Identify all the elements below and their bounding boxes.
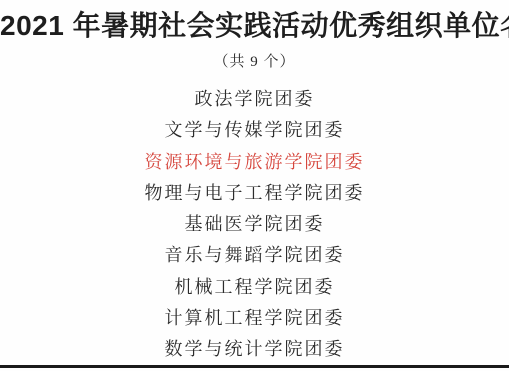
page-title: 2021 年暑期社会实践活动优秀组织单位名单 [0, 7, 509, 45]
list-item: 计算机工程学院团委 [0, 303, 509, 334]
unit-list: 政法学院团委 文学与传媒学院团委 资源环境与旅游学院团委 物理与电子工程学院团委… [0, 84, 509, 366]
list-item: 机械工程学院团委 [0, 272, 509, 303]
list-item: 物理与电子工程学院团委 [0, 178, 509, 209]
list-item: 基础医学院团委 [0, 209, 509, 240]
list-item: 文学与传媒学院团委 [0, 115, 509, 146]
document-page: 2021 年暑期社会实践活动优秀组织单位名单 （共 9 个） 政法学院团委 文学… [0, 0, 509, 371]
list-item: 数学与统计学院团委 [0, 334, 509, 365]
count-subtitle: （共 9 个） [0, 52, 509, 72]
list-item: 政法学院团委 [0, 84, 509, 115]
list-item-highlighted: 资源环境与旅游学院团委 [0, 147, 509, 178]
bottom-horizontal-rule [0, 365, 509, 368]
list-item: 音乐与舞蹈学院团委 [0, 240, 509, 271]
